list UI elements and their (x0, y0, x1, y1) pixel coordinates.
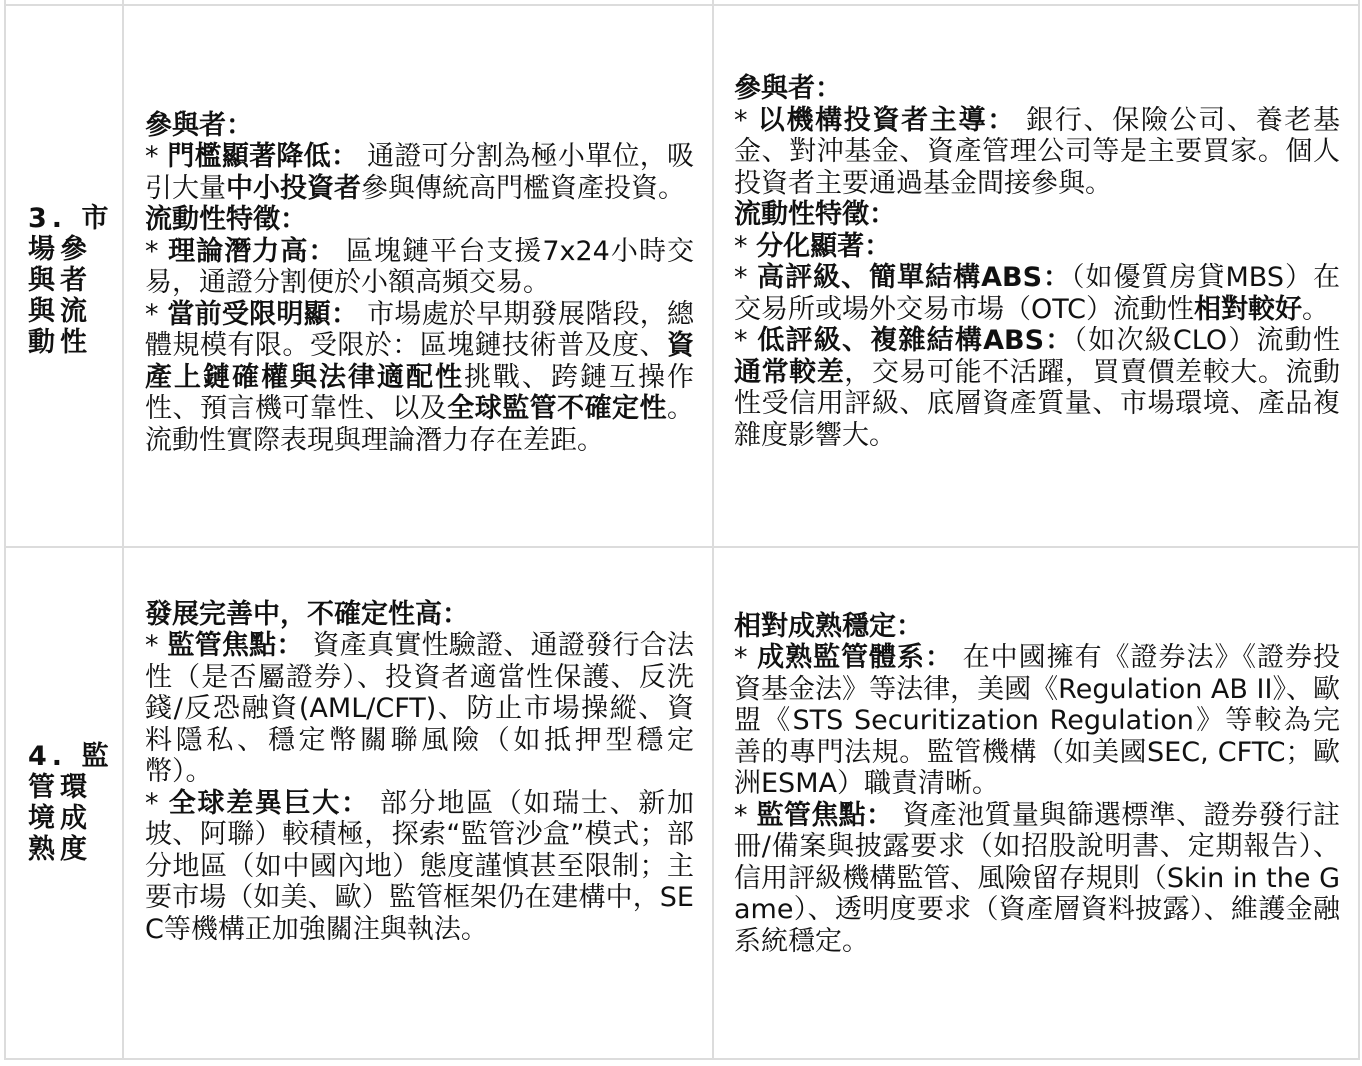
text: 。 (1302, 294, 1329, 325)
row-label-cell: 3. 市場參與者與流動性 (5, 5, 123, 547)
bold-text: 以機構投資者主導： (758, 105, 1016, 136)
text: * (145, 299, 167, 330)
row-label: 4. 監管環境成熟度 (28, 741, 114, 865)
text: * (145, 141, 167, 172)
cell-rich-text: 相對成熟穩定：* 成熟監管體系： 在中國擁有《證券法》《證券投資基金法》等法律，… (734, 611, 1340, 996)
bold-text: 門檻顯著降低： (167, 141, 358, 172)
comparison-table: 3. 市場參與者與流動性 參與者：* 門檻顯著降低： 通證可分割為極小單位，吸引… (4, 0, 1360, 1060)
text: * (734, 105, 758, 136)
tokenized-assets-cell: 發展完善中，不確定性高：* 監管焦點： 資產真實性驗證、通證發行合法性（是否屬證… (123, 547, 713, 1059)
bold-text: 監管焦點： (167, 630, 303, 661)
tokenized-assets-cell: 參與者：* 門檻顯著降低： 通證可分割為極小單位，吸引大量中小投資者參與傳統高門… (123, 5, 713, 547)
text: * (145, 236, 168, 267)
row-label: 3. 市場參與者與流動性 (28, 195, 114, 358)
bold-text: 低評級、複雜結構ABS： (757, 325, 1073, 356)
text: （如次級CLO）流動性 (1074, 325, 1341, 356)
bold-text: 高評級、簡單結構ABS： (757, 262, 1071, 293)
traditional-abs-cell: 參與者：* 以機構投資者主導： 銀行、保險公司、養老基金、對沖基金、資產管理公司… (713, 5, 1359, 547)
bold-text: 當前受限明顯： (167, 299, 358, 330)
table-row-market-participants: 3. 市場參與者與流動性 參與者：* 門檻顯著降低： 通證可分割為極小單位，吸引… (5, 5, 1359, 547)
text: * (145, 788, 169, 819)
bold-text: 相對較好 (1194, 294, 1302, 325)
bold-text: 參與者： (145, 110, 253, 141)
bold-text: 成熟監管體系： (757, 642, 953, 673)
table-row-regulatory-maturity: 4. 監管環境成熟度 發展完善中，不確定性高：* 監管焦點： 資產真實性驗證、通… (5, 547, 1359, 1059)
text: * (734, 325, 757, 356)
bold-text: 流動性特徵： (734, 199, 896, 230)
cell-rich-text: 參與者：* 以機構投資者主導： 銀行、保險公司、養老基金、對沖基金、資產管理公司… (734, 73, 1340, 479)
text: * (734, 800, 756, 831)
text: * (734, 642, 757, 673)
text: 參與傳統高門檻資產投資。 (361, 173, 685, 204)
traditional-abs-cell: 相對成熟穩定：* 成熟監管體系： 在中國擁有《證券法》《證券投資基金法》等法律，… (713, 547, 1359, 1059)
bold-text: 中小投資者 (226, 173, 361, 204)
text: * (734, 231, 756, 262)
text: * (145, 630, 167, 661)
cell-rich-text: 發展完善中，不確定性高：* 監管焦點： 資產真實性驗證、通證發行合法性（是否屬證… (145, 599, 694, 1008)
bold-text: 理論潛力高： (168, 236, 336, 267)
bold-text: 通常較差 (734, 357, 844, 388)
cell-rich-text: 參與者：* 門檻顯著降低： 通證可分割為極小單位，吸引大量中小投資者參與傳統高門… (145, 96, 694, 457)
bold-text: 分化顯著： (756, 231, 891, 262)
bold-text: 全球監管不確定性 (447, 393, 667, 424)
bold-text: 參與者： (734, 73, 842, 104)
comparison-table-container: 3. 市場參與者與流動性 參與者：* 門檻顯著降低： 通證可分割為極小單位，吸引… (4, 0, 1358, 1060)
bold-text: 全球差異巨大： (169, 788, 370, 819)
bold-text: 相對成熟穩定： (734, 611, 923, 642)
text: * (734, 262, 757, 293)
bold-text: 監管焦點： (756, 800, 893, 831)
row-label-cell: 4. 監管環境成熟度 (5, 547, 123, 1059)
bold-text: 發展完善中，不確定性高： (145, 599, 469, 630)
bold-text: 流動性特徵： (145, 204, 307, 235)
